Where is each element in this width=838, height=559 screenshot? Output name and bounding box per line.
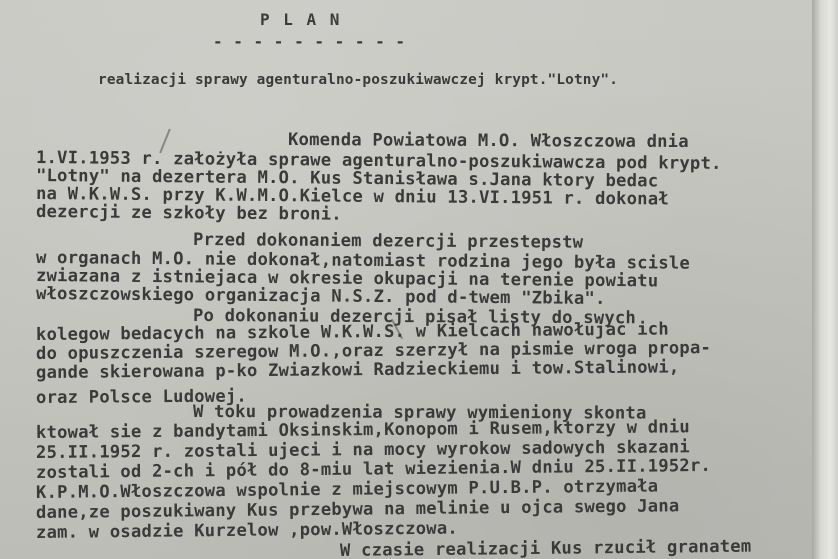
title-underline: - - - - - - - - - - (213, 32, 406, 51)
body-line: dezercji ze szkoły bez broni. (36, 202, 342, 225)
body-line: Komenda Powiatowa M.O. Włoszczowa dnia (288, 130, 689, 152)
body-line: W czasie realizacji Kus rzucił granatem (340, 537, 752, 559)
document-title: P L A N (260, 10, 341, 29)
document-subtitle: realizacji sprawy agenturalno-poszukiwaw… (98, 72, 618, 88)
page-edge (812, 0, 838, 559)
